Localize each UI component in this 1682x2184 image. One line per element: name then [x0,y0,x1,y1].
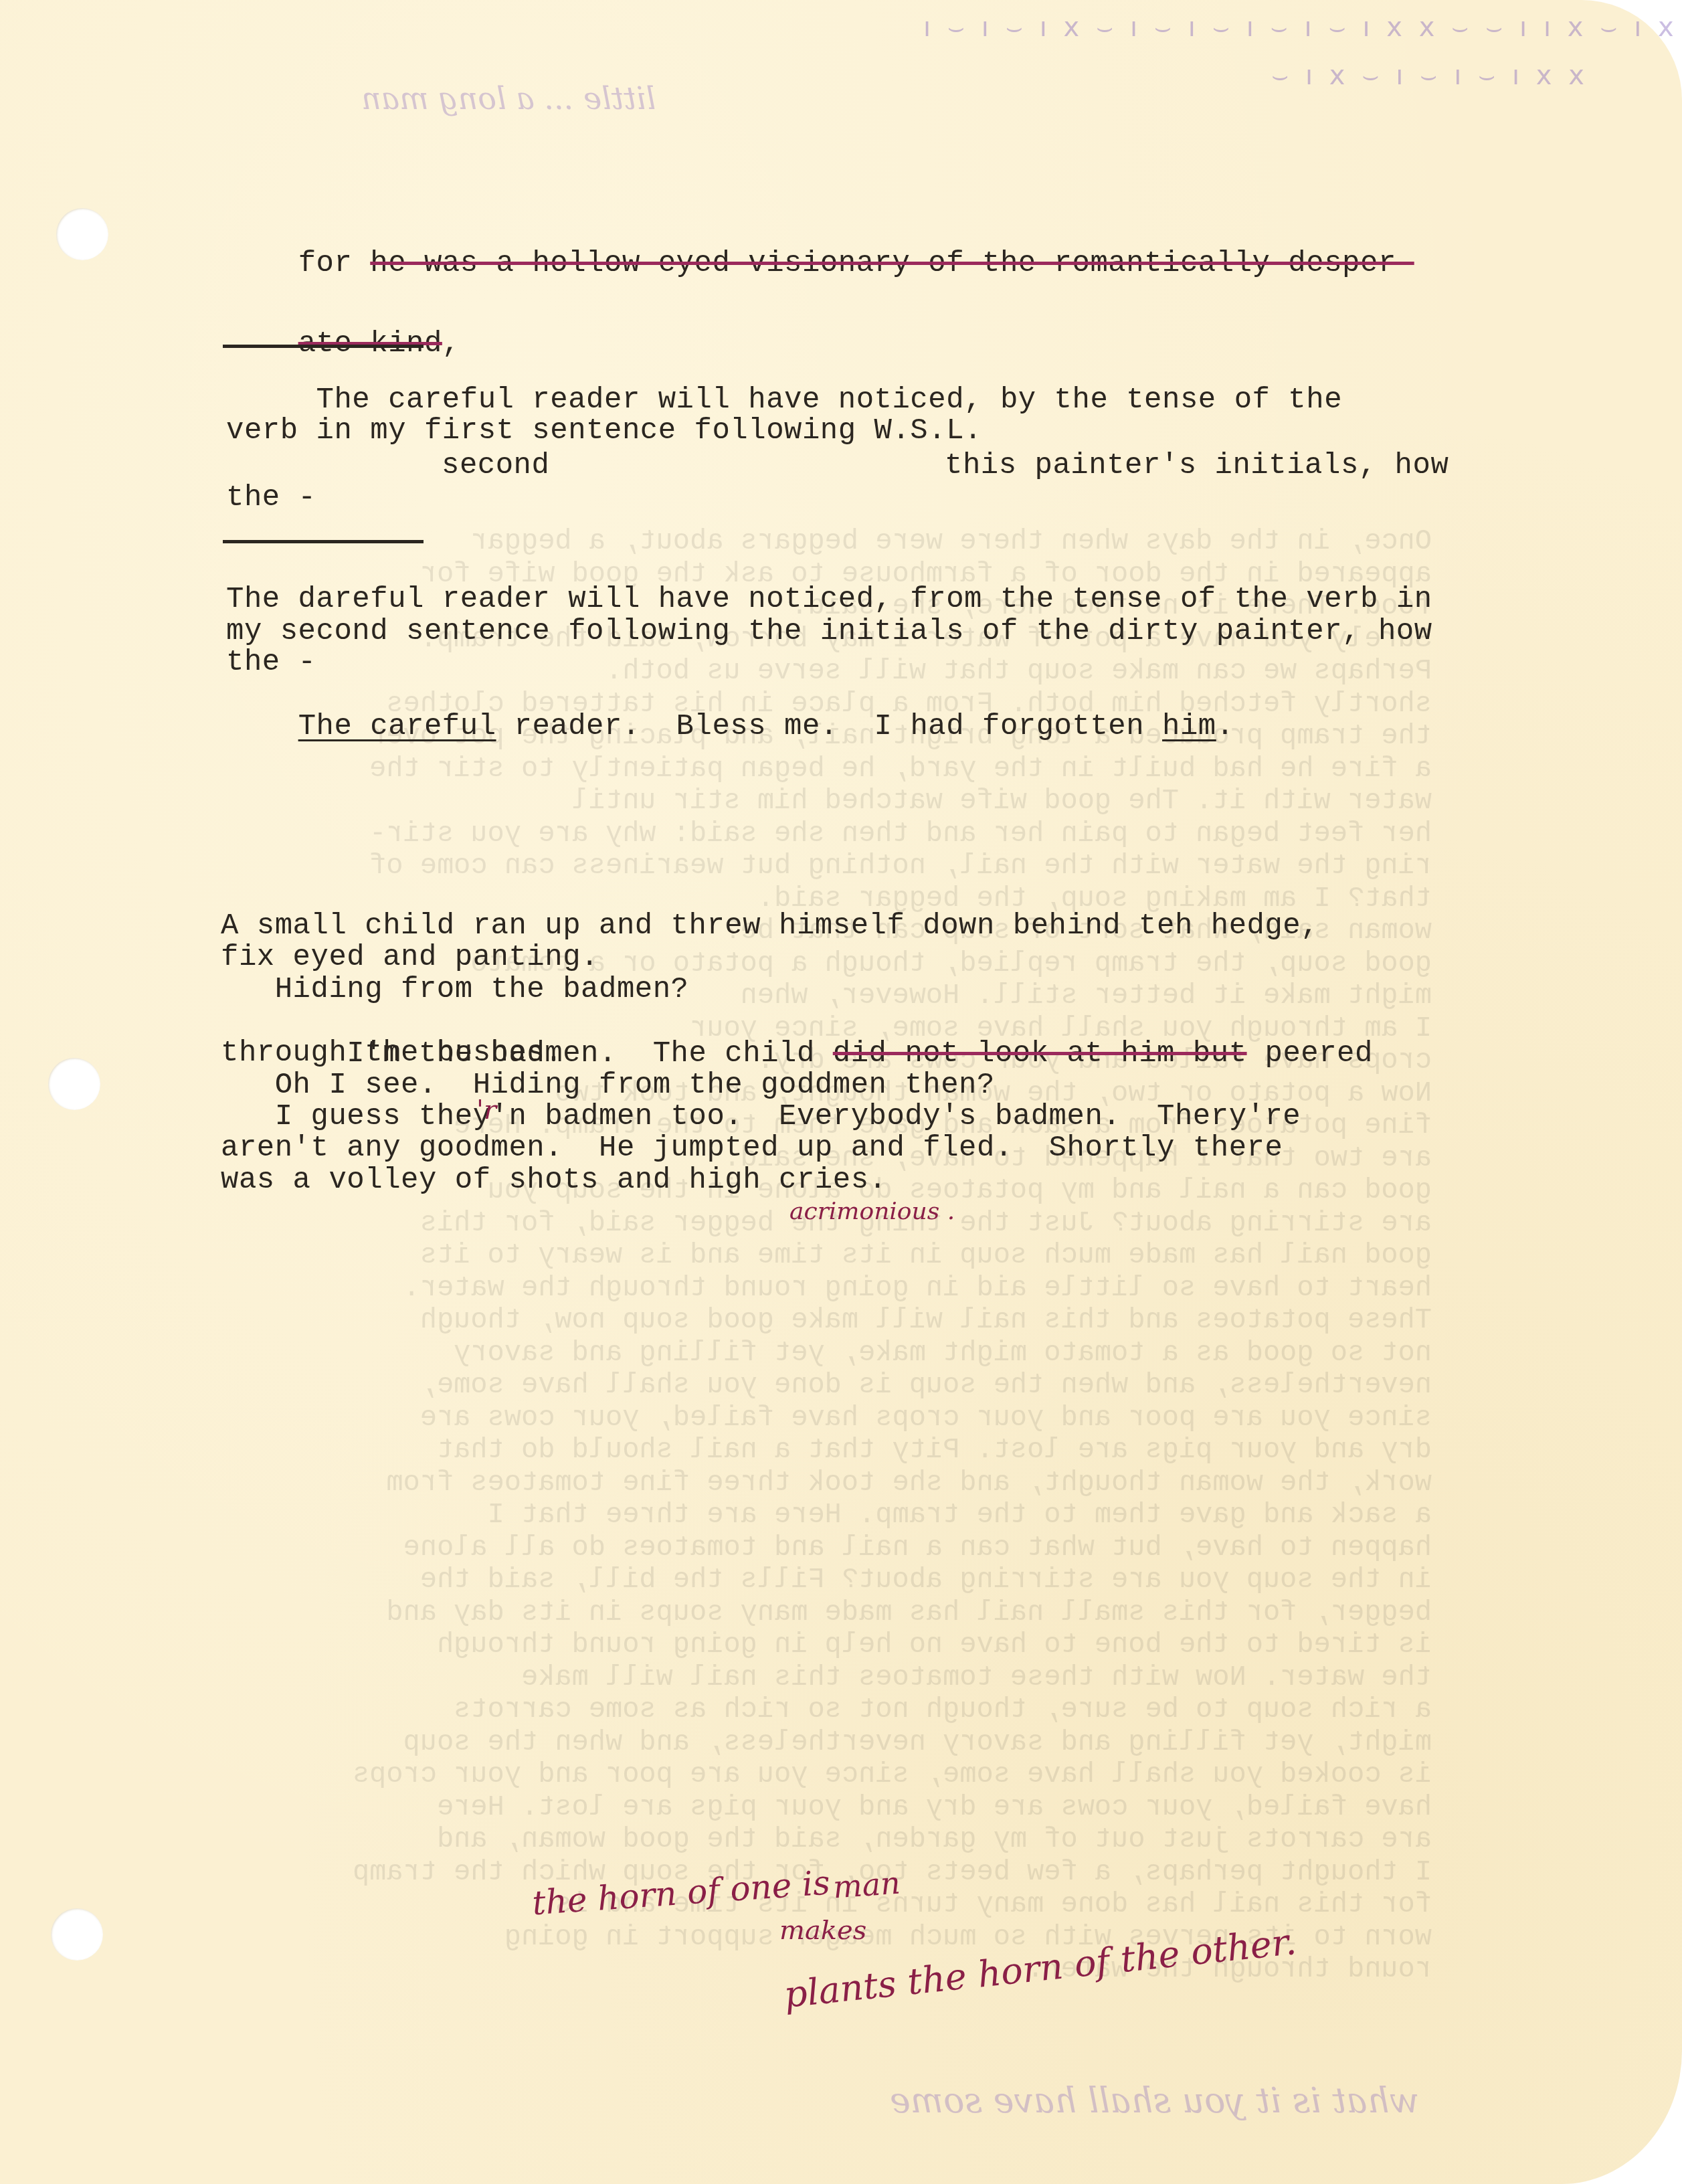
handwritten-note-makes: makes [779,1915,866,1946]
kept-text: for [298,247,371,280]
bleed-scansion-row-1: ı ⌣ ı ⌣ ı x ⌣ ı ⌣ ı ⌣ ı ⌣ ı ⌣ ı x x ⌣ ⌣ … [923,12,1682,43]
bleed-text-line: nevertheless, and when the soup is done … [294,1369,1432,1401]
plain-text: . [1216,710,1234,743]
bleed-note-top: little ... a long man [361,80,656,116]
bleed-text-line: might, yet filling and savory neverthele… [294,1726,1432,1758]
binder-hole-middle [48,1058,100,1110]
child-scene-line-5: through the bushes. [221,1037,563,1069]
plain-text: peered [1247,1037,1373,1071]
bleed-text-line: heart to have so little aid in going rou… [294,1272,1432,1304]
bleed-text-line: happen to have, but what can a nail and … [294,1532,1432,1564]
section-divider-2 [223,540,424,543]
draft-two-line-1: The dareful reader will have noticed, fr… [226,583,1432,616]
struck-fragment-line-2: ate kind, [226,296,460,392]
draft-two-line-4: The careful reader. Bless me. I had forg… [226,678,1234,775]
draft-one-insert-left: second [442,450,549,482]
underlined-word: him [1162,710,1216,743]
bleed-text-line: a sack and gave them to the tramp. Here … [294,1499,1432,1531]
child-scene-line-1: A small child ran up and threw himself d… [221,910,1319,942]
struck-text: did not look at him but [833,1037,1247,1071]
bleed-text-line: in the soup you are stirring about? Fill… [294,1564,1432,1596]
bleed-text-line: have failed, your cows are dry and your … [294,1791,1432,1823]
draft-one-line-2: verb in my first sentence following W.S.… [226,415,982,447]
child-scene-line-7: I guess they'n badmen too. Everybody's b… [221,1101,1301,1133]
bleed-text-line: good nail has made much soup in its time… [294,1239,1432,1271]
child-scene-line-2: fix eyed and panting. [221,941,599,974]
draft-two-line-2: my second sentence following the initial… [226,616,1432,648]
bleed-scansion-row-2: ⌣ ı x ⌣ ı ⌣ ı ⌣ ı x x [1271,60,1588,91]
bleed-text-line: These potatoes and this nail will make g… [294,1304,1432,1336]
bleed-text-line: the water. Now with these tomatoes this … [294,1661,1432,1694]
handwritten-note-man: man [832,1865,901,1906]
binder-hole-bottom [51,1908,103,1961]
plain-text: reader. Bless me. I had forgotten [496,710,1162,743]
bleed-text-line: not so good as a tomato might make, yet … [294,1337,1432,1369]
kept-text: , [442,327,460,361]
handwritten-acrimonious: acrimonious . [789,1198,955,1225]
bleed-text-line: ring the water with the nail, nothing bu… [294,850,1432,882]
bleed-text-line: a rich soup to be sure, though not so ri… [294,1694,1432,1726]
draft-one-line-4: the - [226,482,316,514]
bleed-text-line: water with it. The good wife watched him… [294,785,1432,817]
bleed-text-line: is tired to the bone to have no help in … [294,1629,1432,1661]
section-divider-1 [223,345,424,348]
draft-two-line-3: the - [226,646,316,678]
underlined-phrase: The careful [298,710,496,743]
child-scene-line-3: Hiding from the badmen? [221,974,689,1006]
bleed-text-line: are carrots just out of my garden, said … [294,1823,1432,1855]
draft-one-line-1: The careful reader will have noticed, by… [226,384,1342,416]
bleed-text-line: work, the woman thought, and she took th… [294,1467,1432,1499]
insert-correction-mark: 'r [476,1095,496,1125]
bleed-text-line: Once, in the days when there were beggar… [294,525,1432,557]
bleed-text-line: dry and your pigs are lost. Pity that a … [294,1434,1432,1466]
draft-one-insert-right: this painter's initials, how [945,450,1449,482]
bleed-text-line: begger, for this small nail has made man… [294,1597,1432,1629]
bleed-text-line: her feet began to pain her and then she … [294,818,1432,850]
struck-text: he was a hollow-eyed visionary of the ro… [370,247,1414,280]
bleed-text-line: is cooked you shall have some, since you… [294,1758,1432,1791]
child-scene-line-6: Oh I see. Hiding from the goddmen then? [221,1069,995,1101]
child-scene-line-8: aren't any goodmen. He jumpted up and fl… [221,1132,1283,1164]
bleed-note-bottom: what is it you shall have some [890,2081,1419,2121]
paper-page: ı ⌣ ı ⌣ ı x ⌣ ı ⌣ ı ⌣ ı ⌣ ı ⌣ ı x x ⌣ ⌣ … [0,0,1682,2184]
binder-hole-top [56,208,108,260]
struck-text: ate kind [298,327,442,361]
bleed-text-line: since you are poor and your crops have f… [294,1402,1432,1434]
child-scene-line-9: was a volley of shots and high cries. [221,1164,886,1196]
